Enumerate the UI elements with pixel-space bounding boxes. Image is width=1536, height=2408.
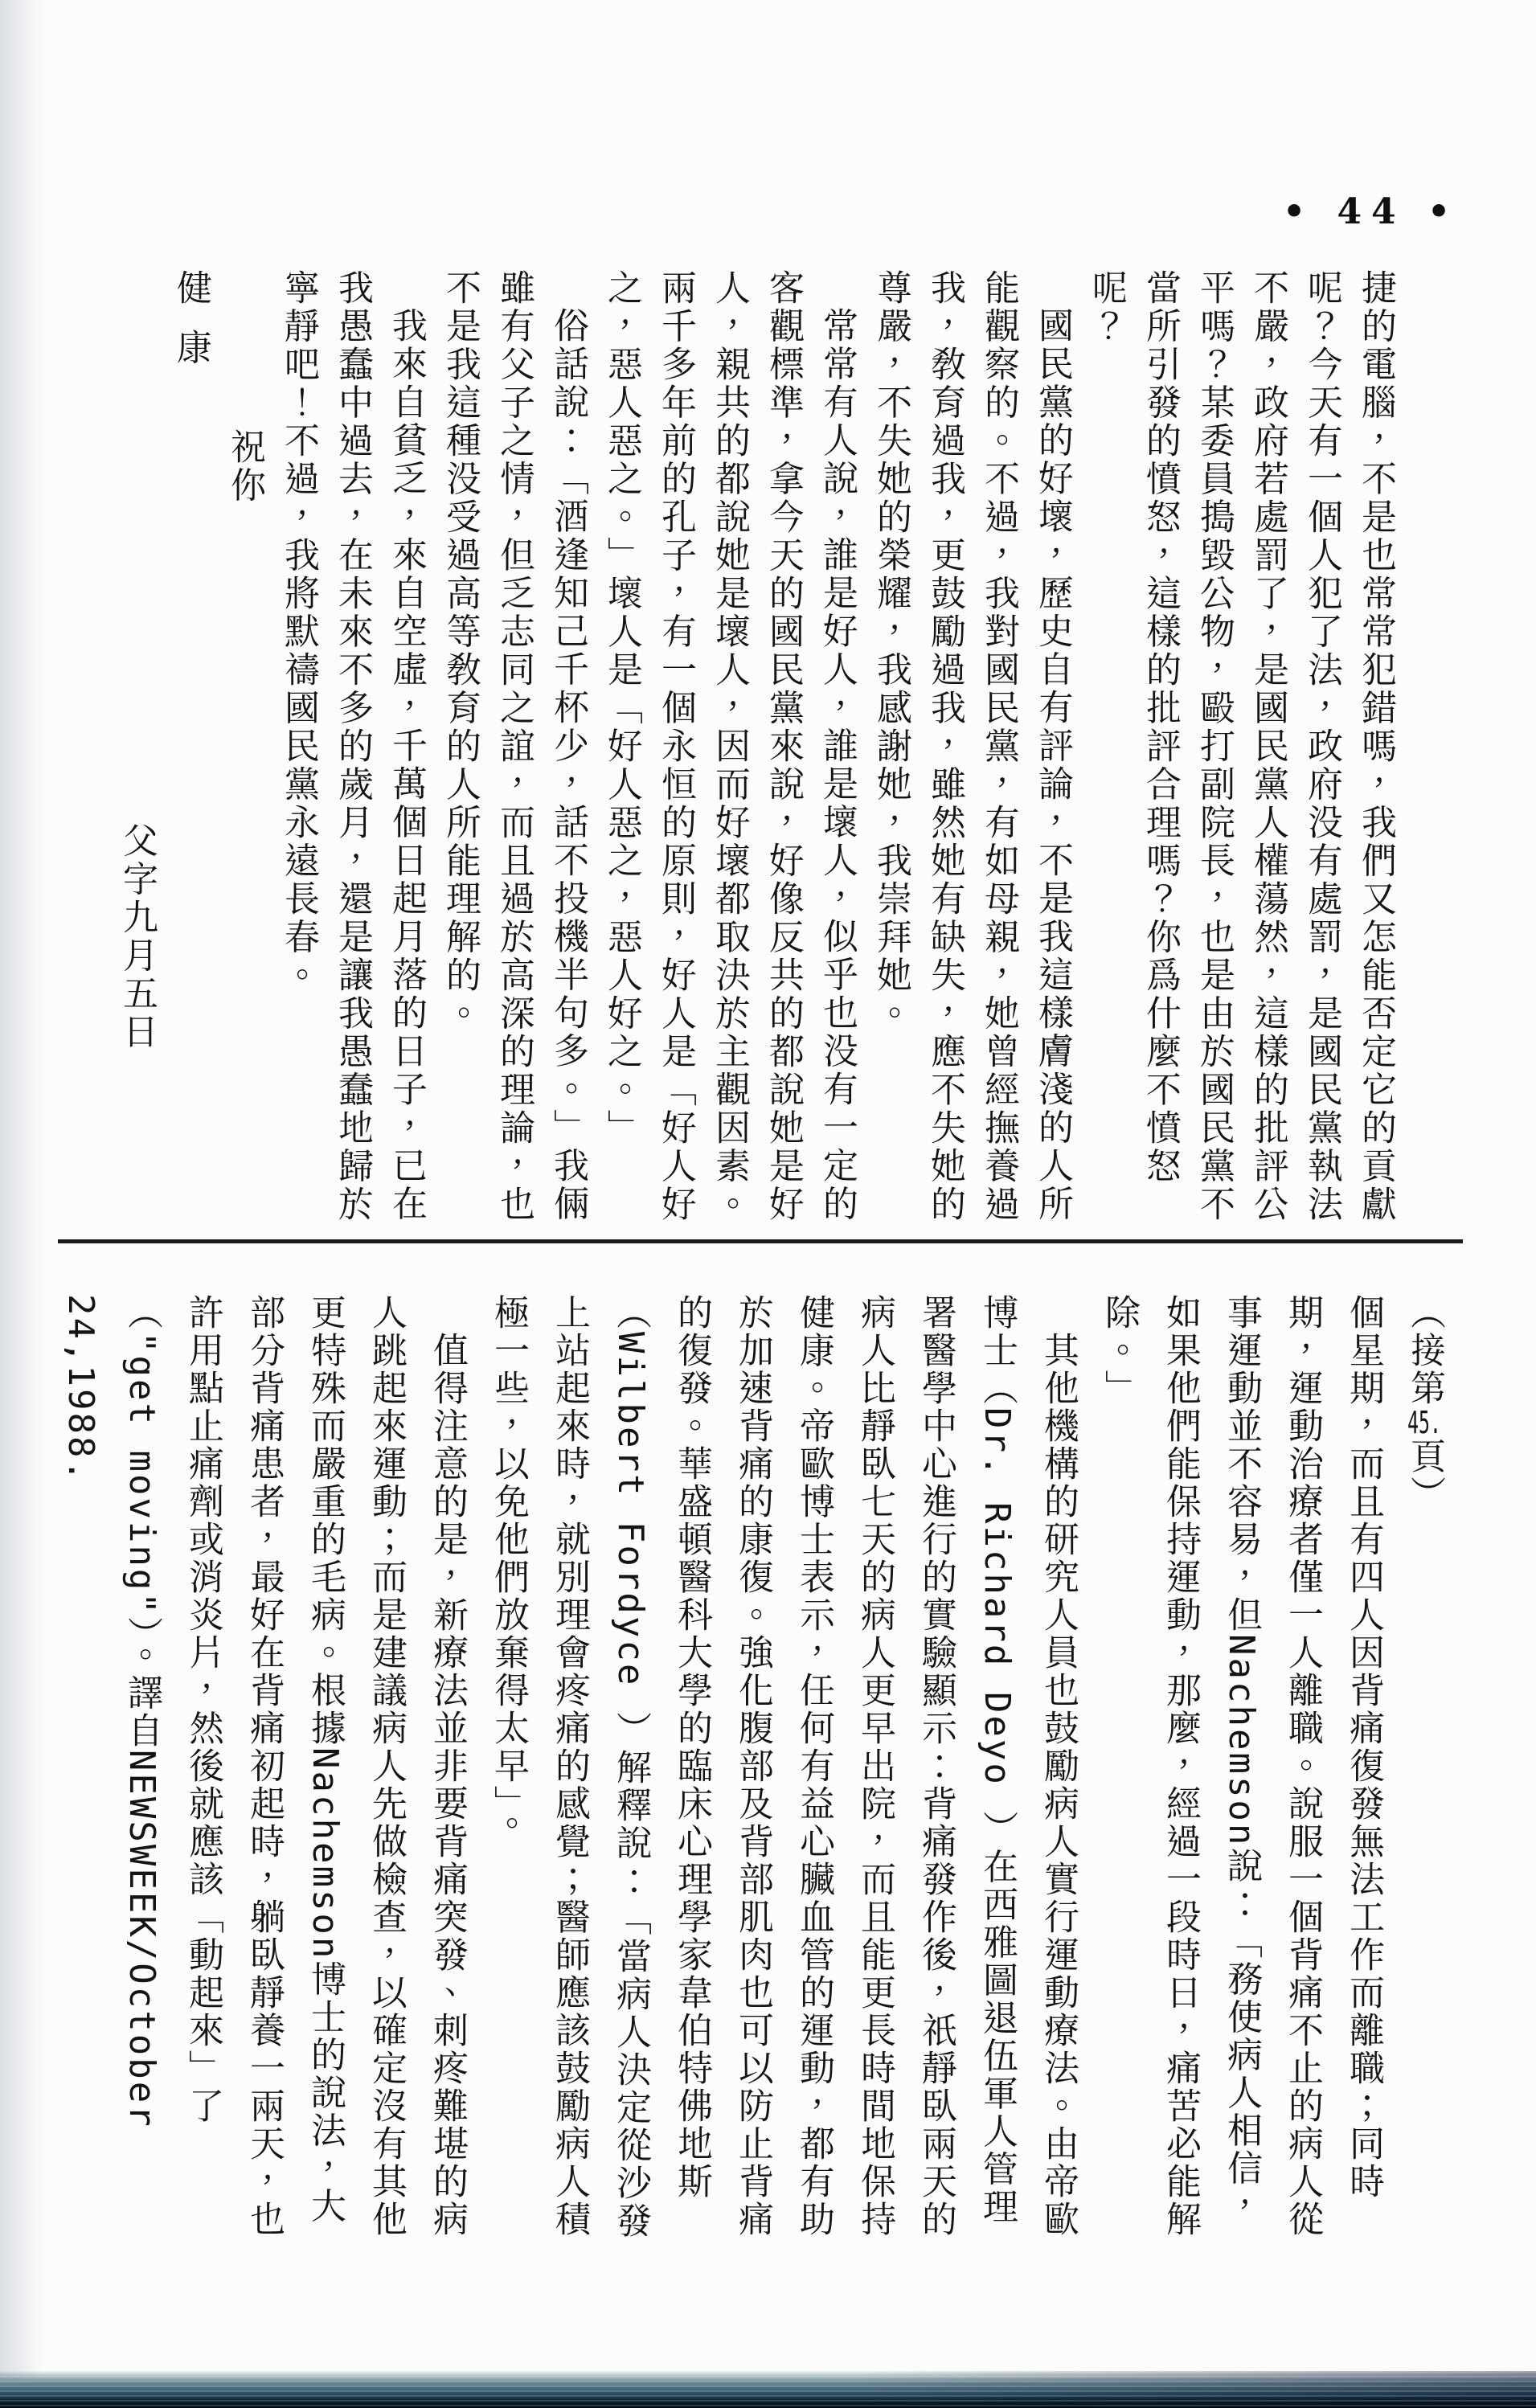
section-divider (58, 1239, 1463, 1243)
continued-note-prefix: （接第 (1404, 1294, 1445, 1407)
article-section: （接第45.頁） 個星期，而且有四人因背痛復發無法工作而離職；同時期，運動治療者… (32, 1294, 1455, 2241)
letter-paragraph-2: 國民黨的好壞，歷史自有評論，不是我這樣膚淺的人所能觀察的。不過，我對國民黨，有如… (864, 269, 1079, 1226)
scanned-magazine-page: • 44 • 捷的電腦，不是也常常犯錯嗎，我們又怎能否定它的貢獻呢？今天有一個人… (0, 0, 1536, 2408)
closing-wish-lead: 祝你 (218, 269, 272, 1226)
page-number: • 44 • (1283, 191, 1460, 232)
letter-paragraph-3: 常常有人說，誰是好人，誰是壞人，似乎也没有一定的客觀標準，拿今天的國民黨來說，好… (595, 269, 864, 1226)
letter-paragraph-4: 俗話說：「酒逢知己千杯少，話不投機半句多。」我倆雖有父子之情，但乏志同之誼，而且… (433, 269, 595, 1226)
letter-paragraph-1: 捷的電腦，不是也常常犯錯嗎，我們又怎能否定它的貢獻呢？今天有一個人犯了法，政府没… (1079, 269, 1403, 1226)
letter-paragraph-5: 我來自貧乏，來自空虛，千萬個日起月落的日子，已在我愚蠢中過去，在未來不多的歲月，… (272, 269, 433, 1226)
closing-wish-word: 健康 (164, 269, 218, 1226)
article-paragraph-2: 其他機構的研究人員也鼓勵病人實行運動療法。由帝歐博士（Dr. Richard D… (477, 1294, 1088, 2241)
letter-section: 捷的電腦，不是也常常犯錯嗎，我們又怎能否定它的貢獻呢？今天有一個人犯了法，政府没… (76, 269, 1403, 1226)
letter-signature: 父字九月五日 (110, 269, 164, 1226)
scanner-edge-band (0, 2371, 1536, 2408)
continued-from-note: （接第45.頁） (1394, 1294, 1455, 2241)
article-paragraph-3: 值得注意的是，新療法並非要背痛突發、刺疼難堪的病人跳起來運動；而是建議病人先做檢… (50, 1294, 477, 2241)
article-paragraph-1: 個星期，而且有四人因背痛復發無法工作而離職；同時期，運動治療者僅一人離職。說服一… (1088, 1294, 1394, 2241)
continued-note-suffix: 頁） (1404, 1438, 1445, 1513)
continued-note-page: 45. (1407, 1407, 1442, 1438)
